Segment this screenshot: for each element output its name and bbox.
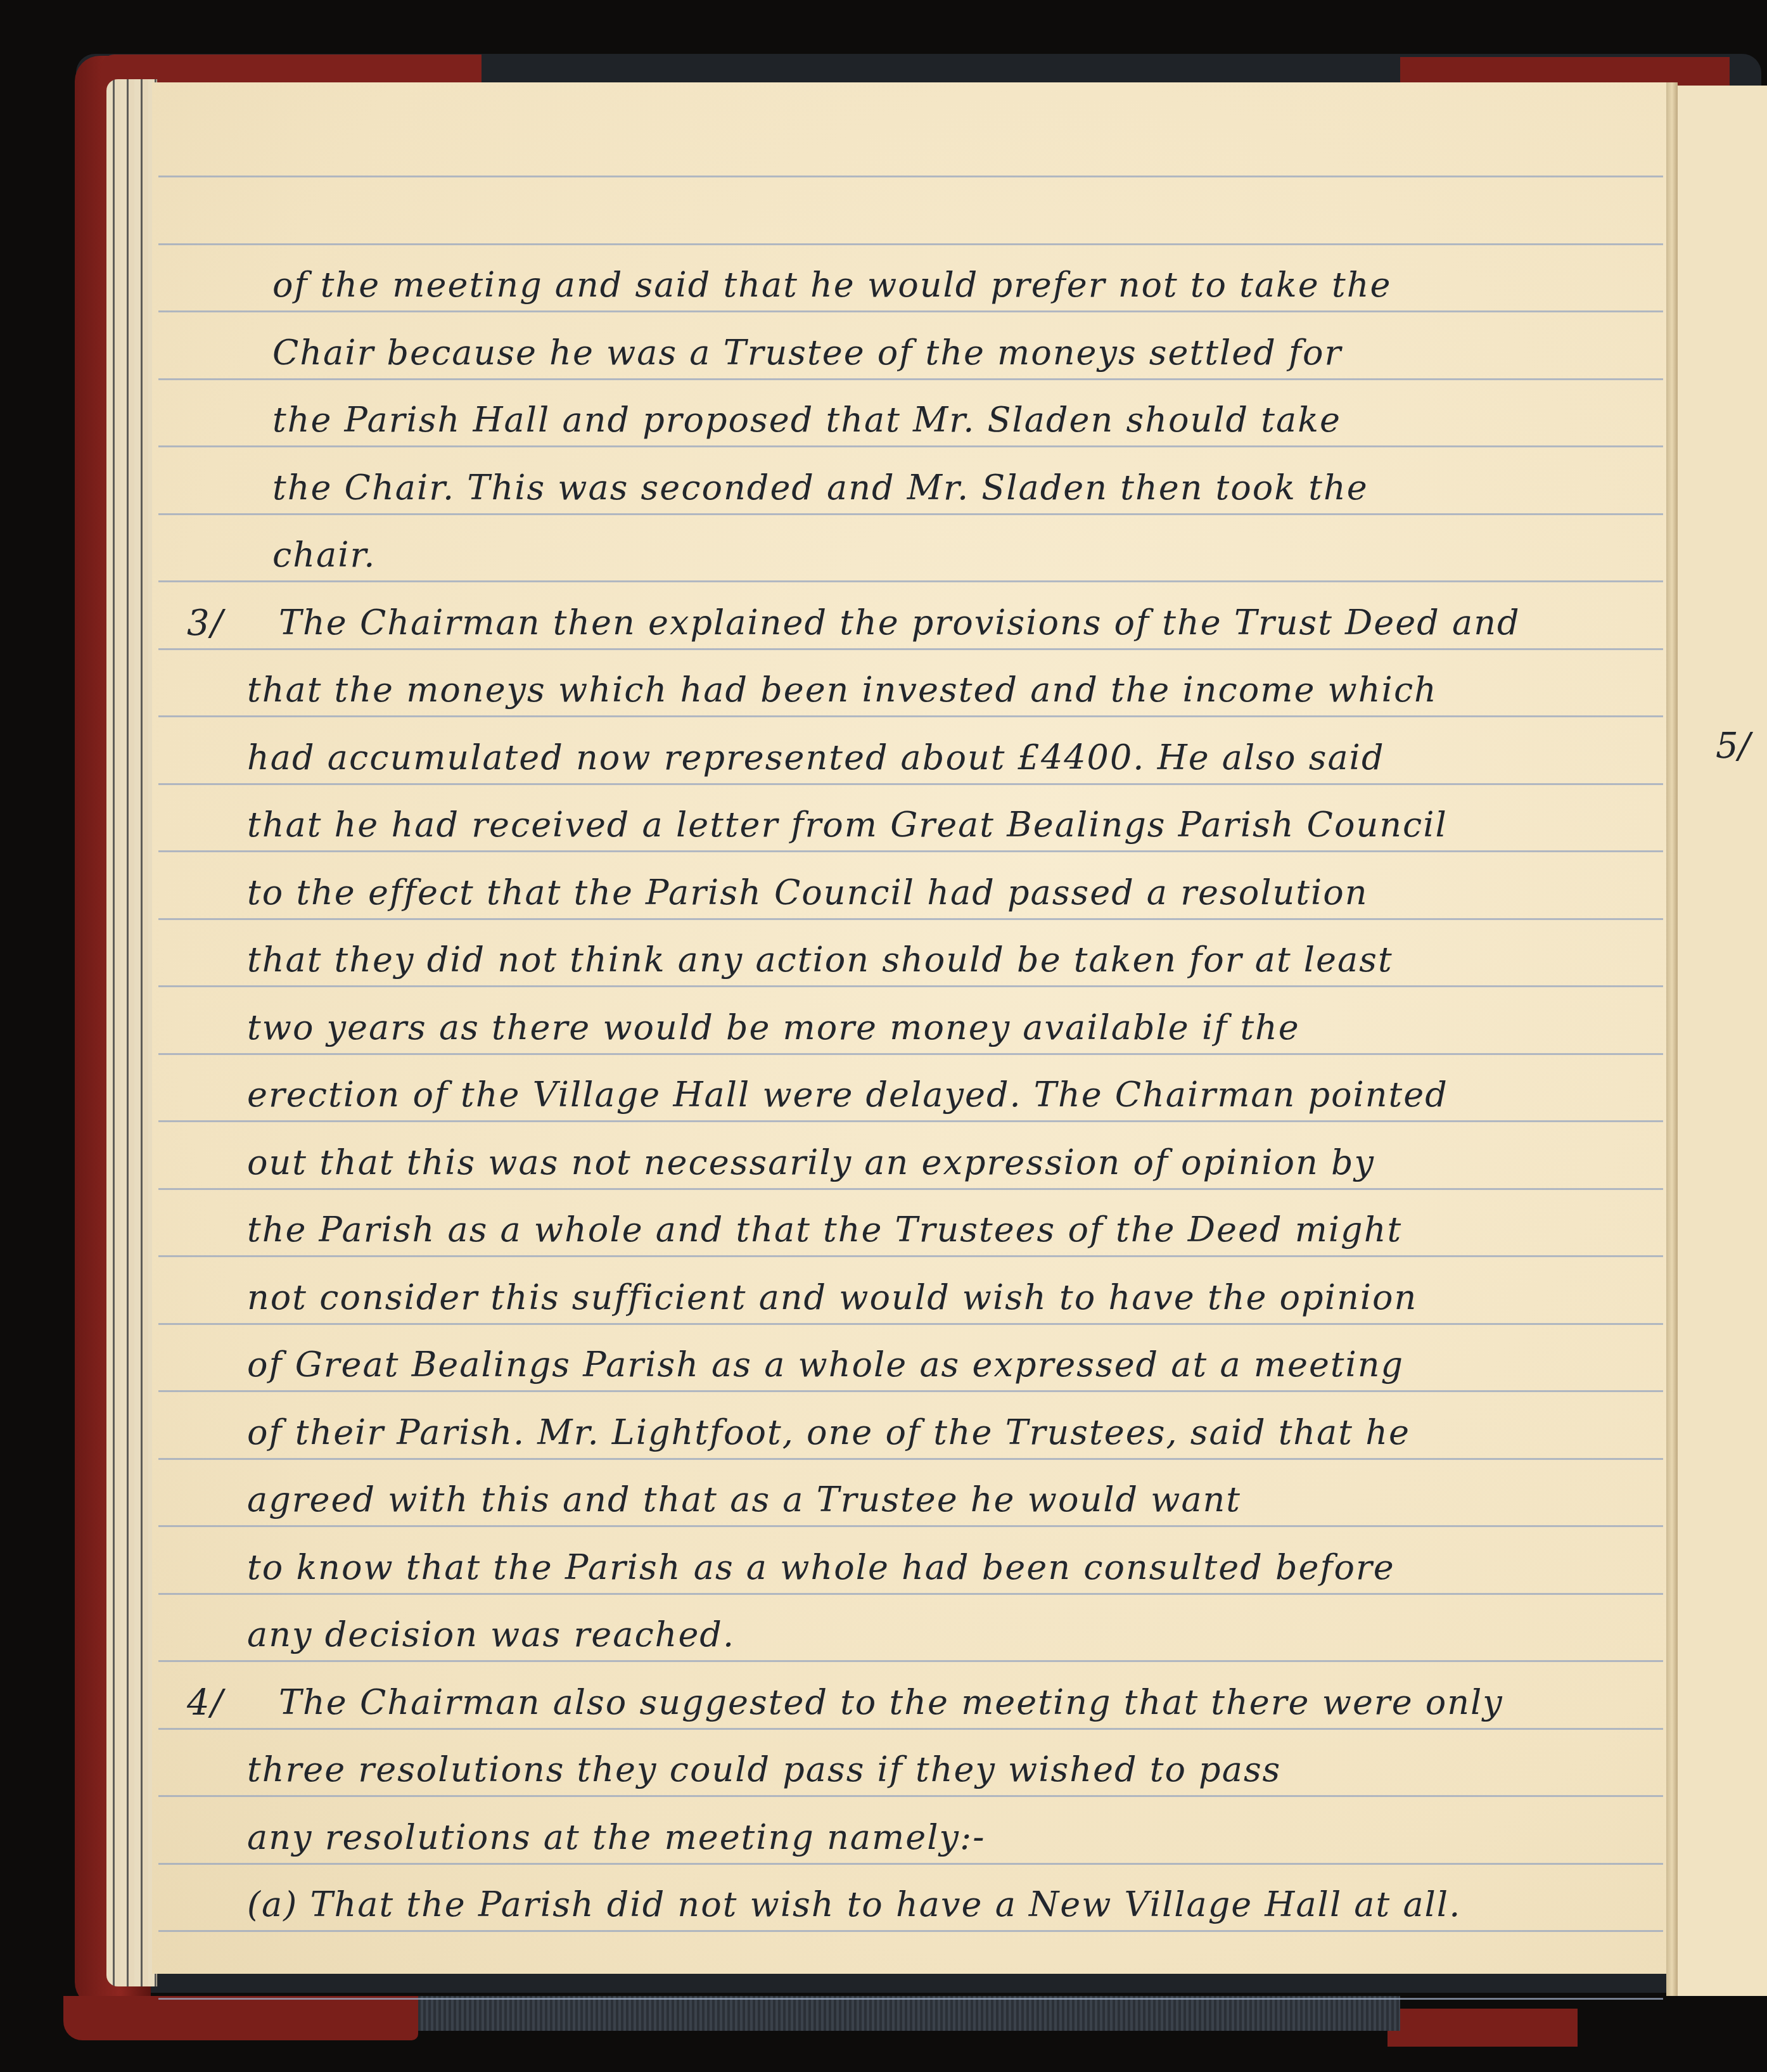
line-text: to the effect that the Parish Council ha…	[247, 873, 1368, 912]
line-text: The Chairman then explained the provisio…	[279, 603, 1521, 643]
ruled-line	[158, 176, 1663, 177]
ruled-line	[158, 985, 1663, 987]
right-page-margin-number: 5/	[1716, 726, 1751, 767]
ruled-line	[158, 1120, 1663, 1122]
item-number: 4/	[187, 1682, 224, 1723]
line-text: two years as there would be more money a…	[247, 1007, 1300, 1047]
line-text: the Parish as a whole and that the Trust…	[247, 1210, 1402, 1250]
cover-corner-top-left	[101, 54, 482, 86]
line-text: not consider this sufficient and would w…	[247, 1277, 1417, 1317]
ruled-line	[158, 648, 1663, 650]
ruled-line	[158, 580, 1663, 582]
ruled-line	[158, 1728, 1663, 1730]
cover-corner-bottom-left	[63, 1996, 418, 2040]
line-text: erection of the Village Hall were delaye…	[247, 1075, 1448, 1115]
ruled-line	[158, 1863, 1663, 1865]
line-text: chair.	[272, 535, 376, 575]
ruled-line	[158, 1998, 1663, 2000]
line-text: out that this was not necessarily an exp…	[247, 1142, 1375, 1182]
line-text: the Parish Hall and proposed that Mr. Sl…	[272, 400, 1341, 440]
book-gutter	[1666, 82, 1678, 1996]
line-text: of their Parish. Mr. Lightfoot, one of t…	[247, 1412, 1410, 1452]
ruled-line	[158, 1255, 1663, 1257]
line-text: had accumulated now represented about £4…	[247, 738, 1384, 777]
left-page: of the meeting and said that he would pr…	[152, 82, 1666, 1974]
line-text: (a) That the Parish did not wish to have…	[247, 1884, 1461, 1924]
ruled-line	[158, 1795, 1663, 1797]
line-text: the Chair. This was seconded and Mr. Sla…	[272, 468, 1368, 508]
line-text: three resolutions they could pass if the…	[247, 1749, 1281, 1789]
ruled-line	[158, 1525, 1663, 1527]
line-text: The Chairman also suggested to the meeti…	[279, 1682, 1503, 1722]
page-edges	[106, 79, 157, 1986]
line-text: Chair because he was a Trustee of the mo…	[272, 333, 1342, 373]
ruled-line	[158, 1323, 1663, 1325]
ruled-line	[158, 1930, 1663, 1932]
ruled-line	[158, 1593, 1663, 1595]
ruled-line	[158, 378, 1663, 380]
line-text: of Great Bealings Parish as a whole as e…	[247, 1345, 1404, 1385]
line-text: agreed with this and that as a Trustee h…	[247, 1480, 1241, 1519]
ruled-line	[158, 850, 1663, 852]
line-text: that he had received a letter from Great…	[247, 805, 1448, 845]
ruled-line	[158, 918, 1663, 920]
cover-corner-bottom-right	[1387, 2009, 1578, 2047]
line-text: that they did not think any action shoul…	[247, 940, 1393, 980]
right-page: 5/	[1678, 86, 1767, 1996]
line-text: to know that the Parish as a whole had b…	[247, 1547, 1395, 1587]
ruled-line	[158, 1660, 1663, 1662]
ruled-line	[158, 783, 1663, 785]
line-text: that the moneys which had been invested …	[247, 670, 1438, 710]
ruled-line	[158, 1053, 1663, 1055]
line-text: any resolutions at the meeting namely:-	[247, 1817, 985, 1857]
cover-cloth-bottom	[418, 1996, 1400, 2031]
line-text: of the meeting and said that he would pr…	[272, 265, 1391, 305]
ruled-line	[158, 445, 1663, 447]
ruled-line	[158, 513, 1663, 515]
line-text: any decision was reached.	[247, 1615, 735, 1654]
ruled-line	[158, 243, 1663, 245]
ruled-line	[158, 715, 1663, 717]
item-number: 3/	[187, 603, 224, 644]
ruled-line	[158, 310, 1663, 312]
ruled-line	[158, 1188, 1663, 1190]
ruled-line	[158, 1458, 1663, 1460]
ruled-line	[158, 1390, 1663, 1392]
